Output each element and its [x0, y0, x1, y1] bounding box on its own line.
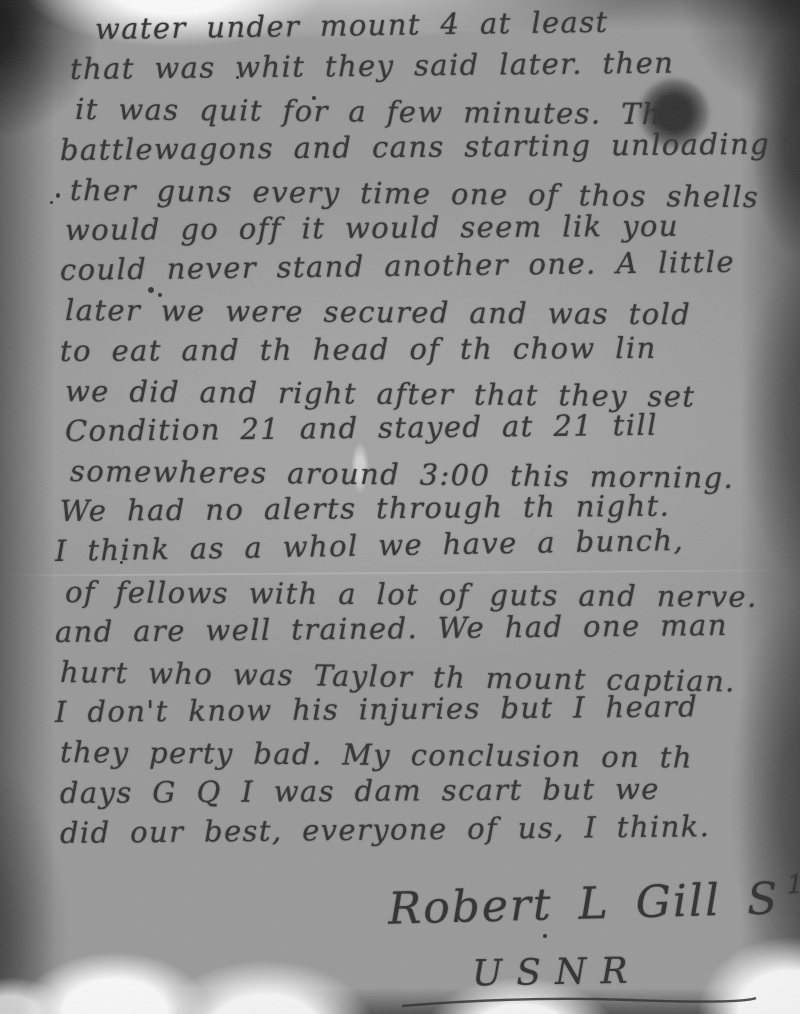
signature-name: Robert L Gill [387, 875, 721, 935]
handwritten-line: to eat and th head of th chow lin [60, 330, 800, 374]
handwritten-line: and are well trained. We had one man [55, 607, 800, 655]
ink-speck [543, 934, 547, 938]
signature-branch: USNR [472, 951, 642, 995]
handwritten-letter-page: water under mount 4 at leastthat was whi… [0, 0, 800, 1014]
handwriting-lines: water under mount 4 at leastthat was whi… [0, 12, 800, 856]
signature-rating: S1c [746, 872, 800, 925]
signature: Robert L Gill S1c [387, 872, 800, 934]
handwritten-line: battlewagons and cans starting unloading [60, 126, 800, 173]
handwritten-line: Condition 21 and stayed at 21 till [65, 406, 800, 454]
handwritten-line: that was whit they said later. then [70, 45, 800, 93]
handwritten-line: I don't know his injuries but I heard [55, 689, 800, 736]
handwritten-line: did our best, everyone of us, I think. [60, 808, 800, 856]
handwritten-line: could never stand another one. A little [60, 244, 800, 293]
signature-underline [400, 992, 760, 1010]
